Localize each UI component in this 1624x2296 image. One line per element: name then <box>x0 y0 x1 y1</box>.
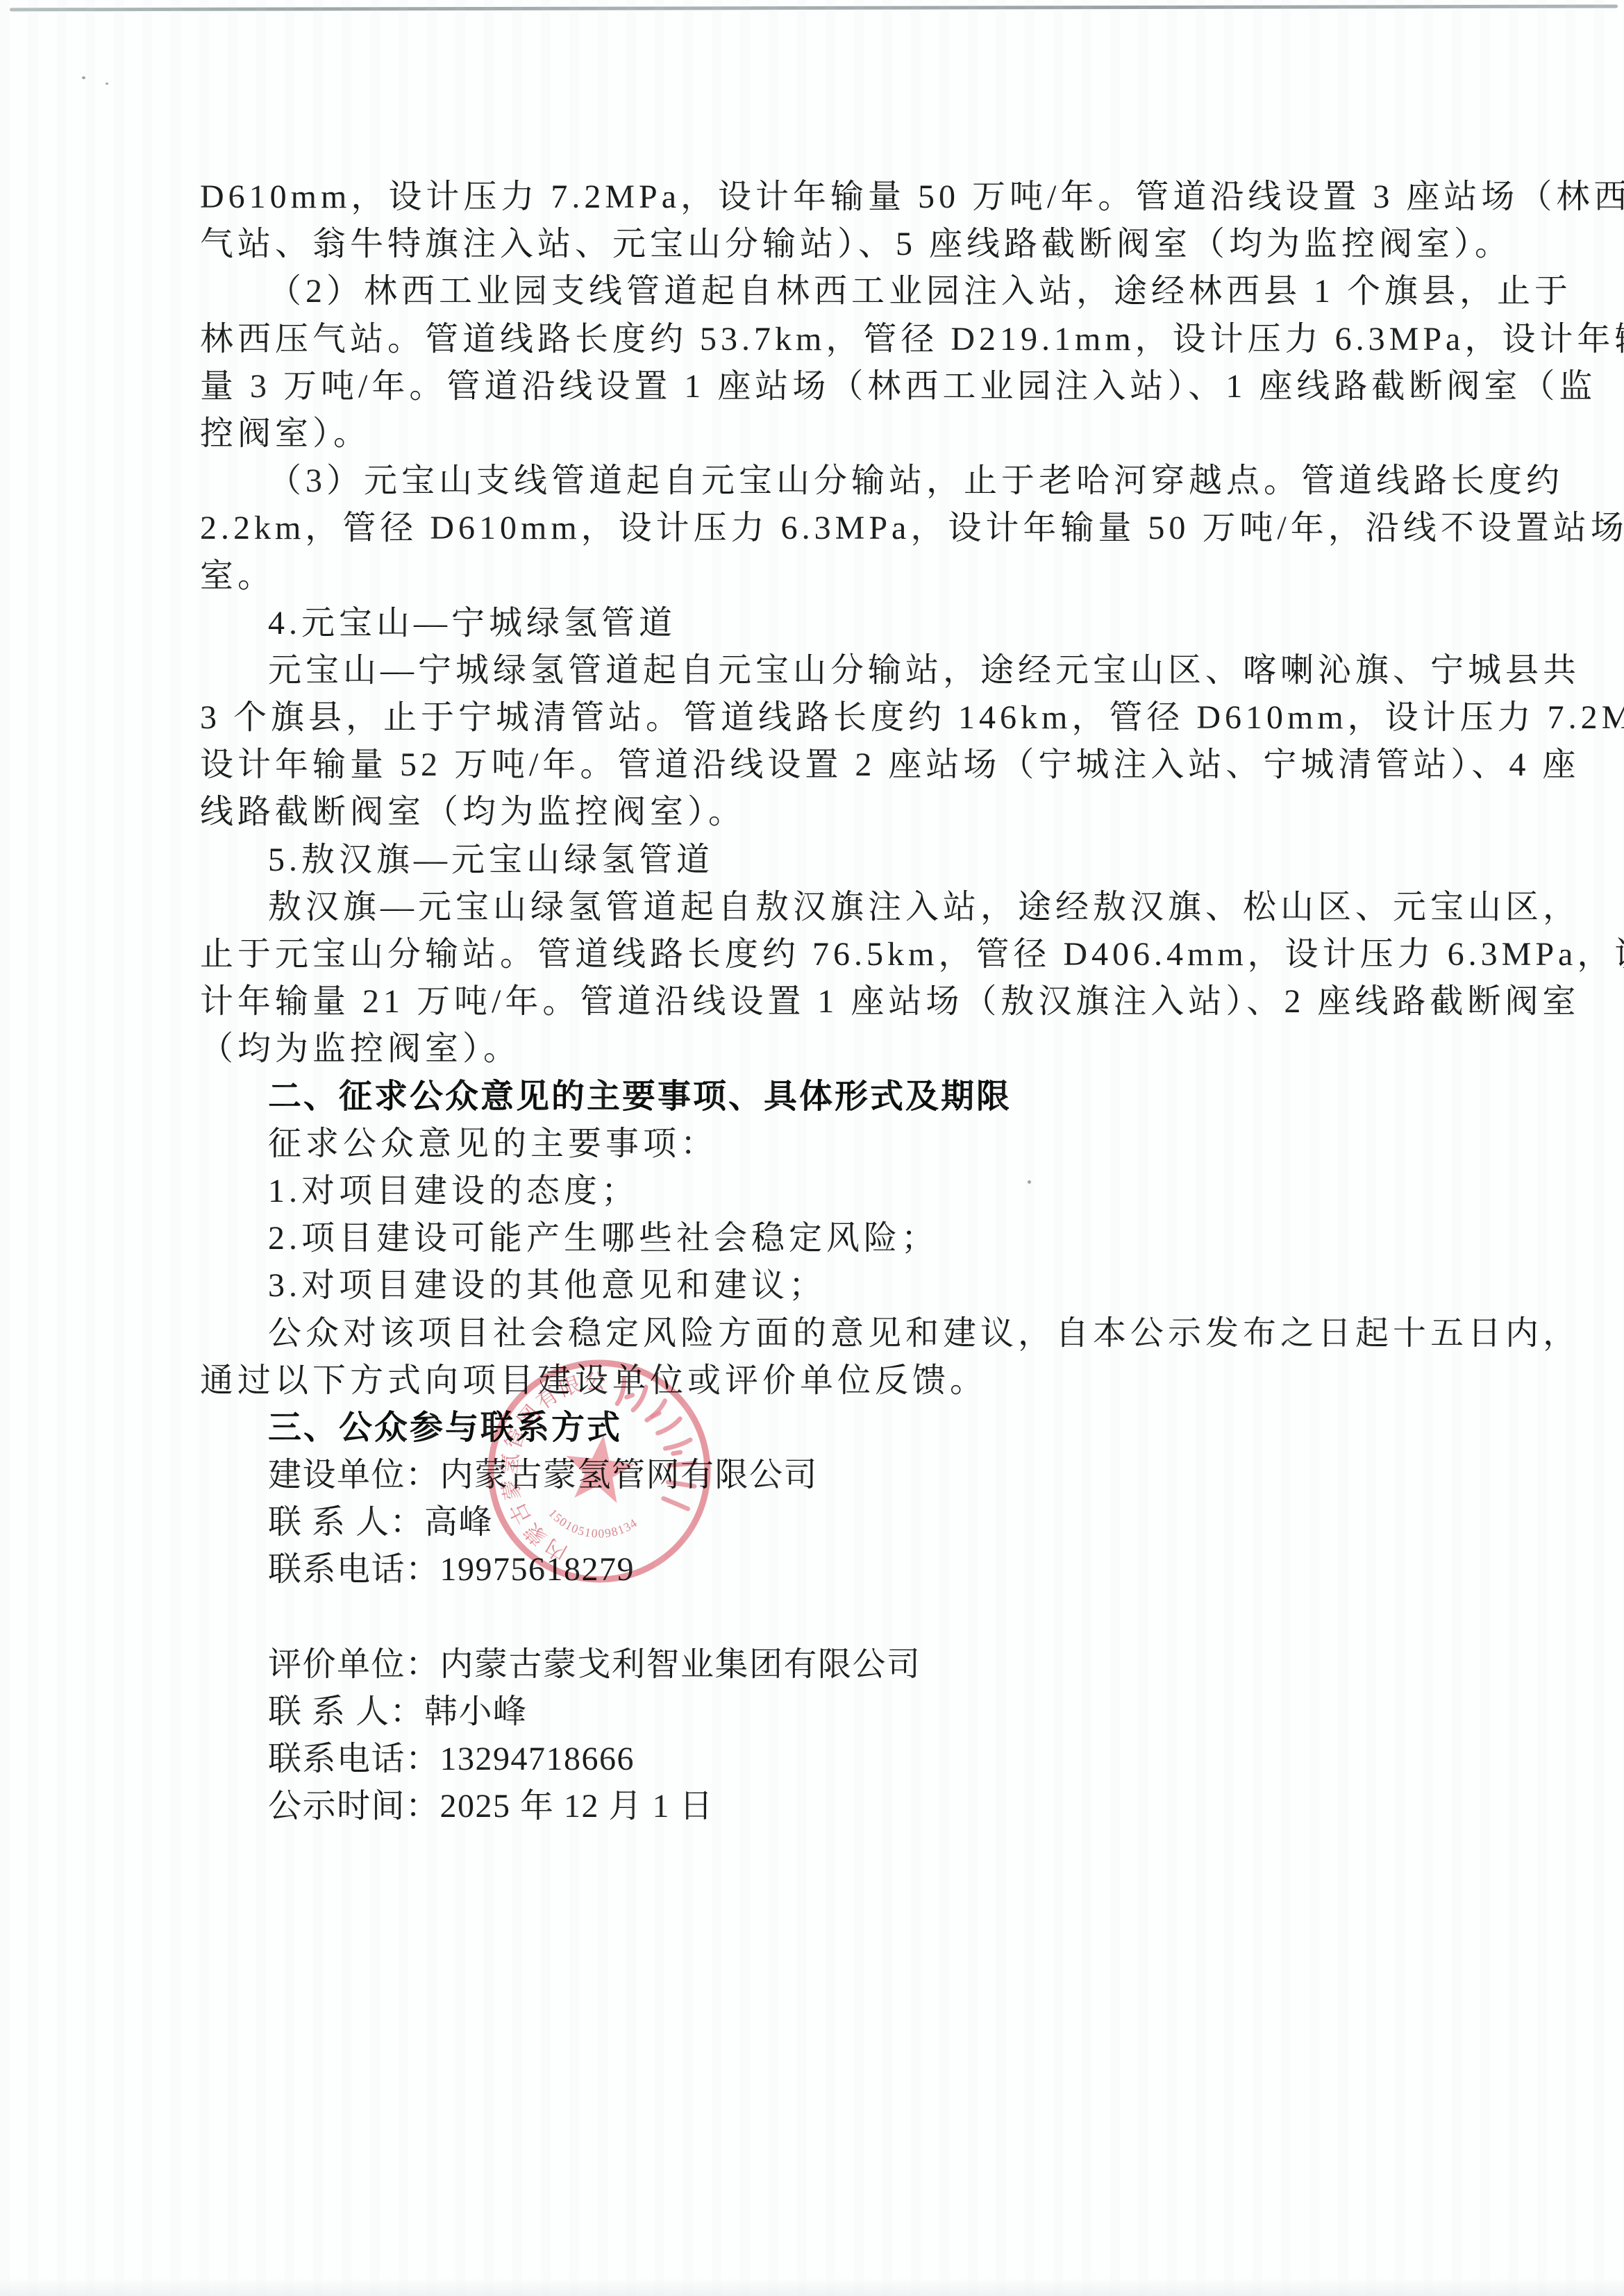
text-line: 控阀室）。 <box>200 410 1498 458</box>
text-line: 计年输量 21 万吨/年。管道沿线设置 1 座站场（敖汉旗注入站）、2 座线路截… <box>200 978 1498 1025</box>
text-line: 气站、翁牛特旗注入站、元宝山分输站）、5 座线路截断阀室（均为监控阀室）。 <box>200 221 1498 268</box>
scan-speck <box>106 83 108 85</box>
text-line: 止于元宝山分输站。管道线路长度约 76.5km，管径 D406.4mm，设计压力… <box>200 931 1498 978</box>
text-line: 室。 <box>200 553 1498 600</box>
text-line: 联系电话：19975618279 <box>200 1546 1498 1593</box>
text-line: 元宝山—宁城绿氢管道起自元宝山分输站，途经元宝山区、喀喇沁旗、宁城县共 <box>200 647 1498 694</box>
text-line: 征求公众意见的主要事项： <box>200 1121 1498 1168</box>
text-line: 线路截断阀室（均为监控阀室）。 <box>200 789 1498 836</box>
text-line: 联系电话：13294718666 <box>200 1736 1498 1783</box>
scan-edge-line <box>10 5 1618 12</box>
text-line <box>200 1594 1498 1641</box>
text-line: 评价单位：内蒙古蒙戈利智业集团有限公司 <box>200 1641 1498 1689</box>
text-line: 量 3 万吨/年。管道沿线设置 1 座站场（林西工业园注入站）、1 座线路截断阀… <box>200 363 1498 410</box>
scan-bottom-band <box>0 2278 1624 2296</box>
text-line: 建设单位：内蒙古蒙氢管网有限公司 <box>200 1452 1498 1499</box>
text-line: 4.元宝山—宁城绿氢管道 <box>200 600 1498 647</box>
document-lines: D610mm，设计压力 7.2MPa，设计年输量 50 万吨/年。管道沿线设置 … <box>200 174 1498 1831</box>
text-line: （均为监控阀室）。 <box>200 1025 1498 1073</box>
scan-speck <box>82 76 85 79</box>
text-line: 5.敖汉旗—元宝山绿氢管道 <box>200 837 1498 884</box>
text-line: （3）元宝山支线管道起自元宝山分输站，止于老哈河穿越点。管道线路长度约 <box>200 458 1498 505</box>
document-page: D610mm，设计压力 7.2MPa，设计年输量 50 万吨/年。管道沿线设置 … <box>0 0 1624 2296</box>
text-line: 林西压气站。管道线路长度约 53.7km，管径 D219.1mm，设计压力 6.… <box>200 316 1498 363</box>
text-line: 3 个旗县，止于宁城清管站。管道线路长度约 146km，管径 D610mm，设计… <box>200 694 1498 741</box>
text-line: 联 系 人：高峰 <box>200 1499 1498 1546</box>
text-line: 2.项目建设可能产生哪些社会稳定风险； <box>200 1215 1498 1262</box>
section-heading: 三、公众参与联系方式 <box>200 1405 1498 1452</box>
section-heading: 二、征求公众意见的主要事项、具体形式及期限 <box>200 1073 1498 1121</box>
text-line: D610mm，设计压力 7.2MPa，设计年输量 50 万吨/年。管道沿线设置 … <box>200 174 1498 221</box>
text-line: 3.对项目建设的其他意见和建议； <box>200 1262 1498 1309</box>
text-line: 公众对该项目社会稳定风险方面的意见和建议，自本公示发布之日起十五日内， <box>200 1310 1498 1357</box>
text-line: 设计年输量 52 万吨/年。管道沿线设置 2 座站场（宁城注入站、宁城清管站）、… <box>200 741 1498 789</box>
text-line: （2）林西工业园支线管道起自林西工业园注入站，途经林西县 1 个旗县，止于 <box>200 268 1498 315</box>
text-line: 敖汉旗—元宝山绿氢管道起自敖汉旗注入站，途经敖汉旗、松山区、元宝山区， <box>200 884 1498 931</box>
text-line: 2.2km，管径 D610mm，设计压力 6.3MPa，设计年输量 50 万吨/… <box>200 505 1498 552</box>
text-line: 公示时间：2025 年 12 月 1 日 <box>200 1783 1498 1830</box>
text-line: 1.对项目建设的态度； <box>200 1168 1498 1215</box>
text-line: 通过以下方式向项目建设单位或评价单位反馈。 <box>200 1357 1498 1405</box>
text-line: 联 系 人：韩小峰 <box>200 1689 1498 1736</box>
